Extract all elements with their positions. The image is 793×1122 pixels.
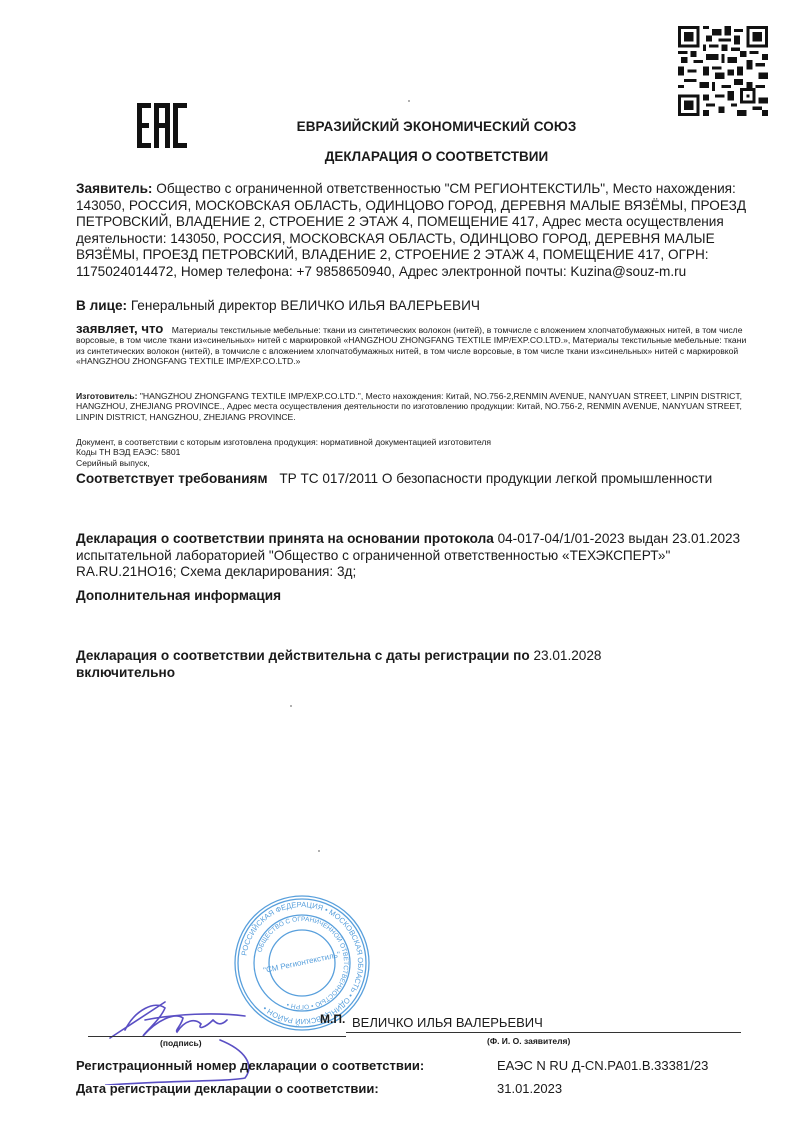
validity-suffix: включительно — [76, 665, 175, 680]
stamp-company-name: "СМ Регионтекстиль" — [263, 950, 342, 975]
applicant-text: Общество с ограниченной ответственностью… — [76, 181, 746, 279]
declares-section: заявляет, что Материалы текстильные мебе… — [76, 324, 756, 367]
complies-section: Соответствует требованиям ТР ТС 017/2011… — [76, 471, 756, 488]
signature-caption: (подпись) — [160, 1038, 202, 1048]
document-basis: Документ, в соответствии с которым изгот… — [76, 437, 756, 447]
document-title: ДЕКЛАРАЦИЯ О СООТВЕТСТВИИ — [0, 149, 793, 164]
qr-code-icon — [678, 26, 768, 116]
company-stamp-icon: РОССИЙСКАЯ ФЕДЕРАЦИЯ • МОСКОВСКАЯ ОБЛАСТ… — [232, 893, 372, 1033]
seal-place-label: М.П. — [320, 1012, 345, 1026]
declares-text: Материалы текстильные мебельные: ткани и… — [76, 325, 746, 366]
represented-by-label: В лице: — [76, 298, 127, 313]
applicant-label: Заявитель: — [76, 181, 152, 196]
scan-speck — [408, 100, 410, 102]
scan-speck — [318, 850, 320, 852]
fio-line — [346, 1032, 741, 1033]
additional-info-heading: Дополнительная информация — [76, 588, 756, 605]
applicant-fio: ВЕЛИЧКО ИЛЬЯ ВАЛЕРЬЕВИЧ — [352, 1015, 543, 1030]
manufacturer-label: Изготовитель: — [76, 391, 137, 401]
union-heading: ЕВРАЗИЙСКИЙ ЭКОНОМИЧЕСКИЙ СОЮЗ — [0, 119, 793, 134]
validity-section: Декларация о соответствии действительна … — [76, 648, 756, 681]
represented-by-text: Генеральный директор ВЕЛИЧКО ИЛЬЯ ВАЛЕРЬ… — [131, 298, 480, 313]
scan-speck — [290, 705, 292, 707]
production-type: Серийный выпуск, — [76, 458, 756, 468]
validity-label: Декларация о соответствии действительна … — [76, 648, 530, 663]
complies-text: ТР ТС 017/2011 О безопасности продукции … — [279, 471, 712, 486]
complies-label: Соответствует требованиям — [76, 471, 268, 486]
hs-codes: Коды ТН ВЭД ЕАЭС: 5801 — [76, 447, 756, 457]
applicant-section: Заявитель: Общество с ограниченной ответ… — [76, 181, 756, 281]
registration-date-value: 31.01.2023 — [497, 1081, 562, 1096]
protocol-section: Декларация о соответствии принята на осн… — [76, 531, 756, 581]
represented-by-section: В лице: Генеральный директор ВЕЛИЧКО ИЛЬ… — [76, 298, 756, 315]
registration-number-value: ЕАЭС N RU Д-CN.РА01.В.33381/23 — [497, 1058, 708, 1073]
declares-label: заявляет, что — [76, 321, 163, 336]
signature-line — [88, 1036, 346, 1037]
fio-caption: (Ф. И. О. заявителя) — [487, 1036, 570, 1046]
registration-number-label: Регистрационный номер декларации о соотв… — [76, 1058, 424, 1073]
manufacturer-text: "HANGZHOU ZHONGFANG TEXTILE IMP/EXP.CO.L… — [76, 391, 742, 422]
protocol-label: Декларация о соответствии принята на осн… — [76, 531, 494, 546]
validity-date: 23.01.2028 — [533, 648, 601, 663]
registration-date-label: Дата регистрации декларации о соответств… — [76, 1081, 379, 1096]
manufacturer-section: Изготовитель: "HANGZHOU ZHONGFANG TEXTIL… — [76, 391, 756, 422]
